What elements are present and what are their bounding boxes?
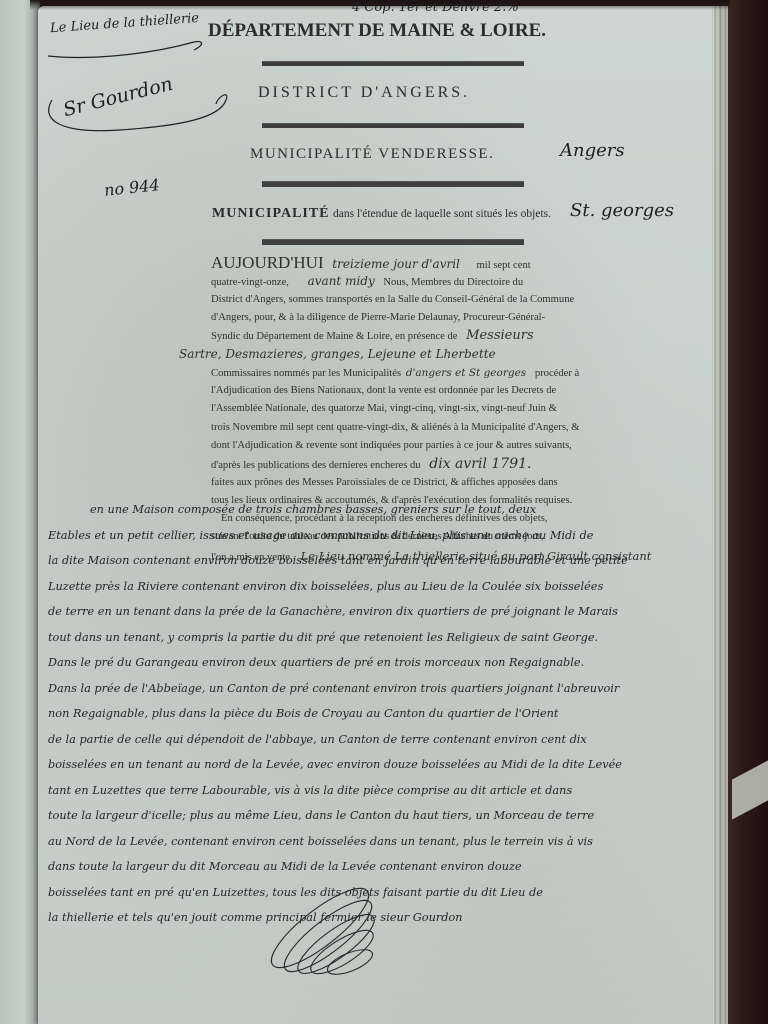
body-line: Commissaires nommés par les Municipalité…	[211, 364, 607, 382]
handwritten-commissioners: Sartre, Desmazieres, granges, Lejeune et…	[179, 345, 607, 363]
body-line: l'Adjudication des Biens Nationaux, dont…	[211, 382, 607, 400]
print-text: mil sept cent	[477, 260, 531, 271]
department-heading: DÉPARTEMENT DE MAINE & LOIRE.	[208, 20, 546, 42]
print-text: quatre-vingt-onze,	[211, 277, 289, 288]
handwritten-line: de la partie de celle qui dépendoit de l…	[48, 727, 708, 753]
divider	[262, 123, 524, 128]
handwritten-description: en une Maison composée de trois chambres…	[48, 497, 708, 931]
handwritten-fill: avant midy	[292, 274, 381, 288]
divider	[262, 239, 524, 245]
location-label-caps: MUNICIPALITÉ	[212, 206, 330, 221]
body-line: Syndic du Département de Maine & Loire, …	[211, 327, 607, 345]
body-line: AUJOURD'HUI treizieme jour d'avril mil s…	[211, 254, 607, 272]
print-text: d'après les publications des dernieres e…	[211, 460, 421, 471]
print-text: Syndic du Département de Maine & Loire, …	[211, 331, 458, 342]
book-binding	[728, 0, 768, 1024]
handwritten-fill: dix avril 1791.	[423, 456, 531, 472]
handwritten-fill: Messieurs	[460, 328, 533, 343]
divider	[262, 181, 524, 187]
handwritten-line: dans toute la largeur du dit Morceau au …	[48, 854, 708, 880]
left-page-leaf	[0, 0, 40, 1024]
divider	[262, 61, 524, 66]
body-line: l'Assemblée Nationale, des quatorze Mai,…	[211, 400, 607, 418]
location-municipality-value: St. georges	[570, 200, 674, 221]
paraphe-flourish-icon	[250, 880, 410, 990]
handwritten-line: Luzette près la Riviere contenant enviro…	[48, 574, 708, 600]
handwritten-line: Etables et un petit cellier, issues et u…	[48, 523, 708, 549]
body-line: d'après les publications des dernieres e…	[211, 455, 607, 473]
body-line: dont l'Adjudication & revente sont indiq…	[211, 437, 607, 455]
handwritten-line: boisselées en un tenant au nord de la Le…	[48, 752, 708, 778]
handwritten-line: tant en Luzettes que terre Labourable, v…	[48, 778, 708, 804]
handwritten-line: toute la largeur d'icelle; plus au même …	[48, 803, 708, 829]
print-text: Commissaires nommés par les Municipalité…	[211, 368, 401, 379]
seller-municipality-label: MUNICIPALITÉ VENDERESSE.	[250, 146, 494, 163]
flourish-icon	[44, 30, 214, 70]
flourish-icon	[40, 70, 240, 140]
handwritten-line: non Regaignable, plus dans la pièce du B…	[48, 701, 708, 727]
location-label-rest: dans l'étendue de laquelle sont situés l…	[333, 208, 551, 220]
print-text: procéder à	[535, 368, 579, 379]
body-line: d'Angers, pour, & à la diligence de Pier…	[211, 309, 607, 327]
seller-municipality-value: Angers	[560, 140, 625, 161]
handwritten-line: en une Maison composée de trois chambres…	[48, 497, 708, 523]
body-line: District d'Angers, sommes transportés en…	[211, 291, 607, 309]
body-line: trois Novembre mil sept cent quatre-ving…	[211, 419, 607, 437]
handwritten-line: au Nord de la Levée, contenant environ c…	[48, 829, 708, 855]
handwritten-line: Dans le pré du Garangeau environ deux qu…	[48, 650, 708, 676]
handwritten-fill: d'angers et St georges	[404, 367, 532, 379]
document-photo: 4 Cop. 1er et Delivre 2.% Le Lieu de la …	[0, 0, 768, 1024]
body-line: quatre-vingt-onze, avant midy Nous, Memb…	[211, 272, 607, 290]
handwritten-line: tout dans un tenant, y compris la partie…	[48, 625, 708, 651]
print-text: AUJOURD'HUI	[211, 253, 324, 272]
district-heading: DISTRICT D'ANGERS.	[258, 84, 470, 102]
location-municipality-label: MUNICIPALITÉ dans l'étendue de laquelle …	[212, 206, 551, 222]
top-annotation: 4 Cop. 1er et Delivre 2.%	[352, 0, 519, 15]
print-text: Nous, Membres du Directoire du	[383, 277, 523, 288]
body-line: faites aux prônes des Messes Paroissiale…	[211, 474, 607, 492]
handwritten-fill: treizieme jour d'avril	[326, 257, 474, 271]
handwritten-line: de terre en un tenant dans la prée de la…	[48, 599, 708, 625]
handwritten-line: Dans la prée de l'Abbeïage, un Canton de…	[48, 676, 708, 702]
handwritten-line: la dite Maison contenant environ douze b…	[48, 548, 708, 574]
